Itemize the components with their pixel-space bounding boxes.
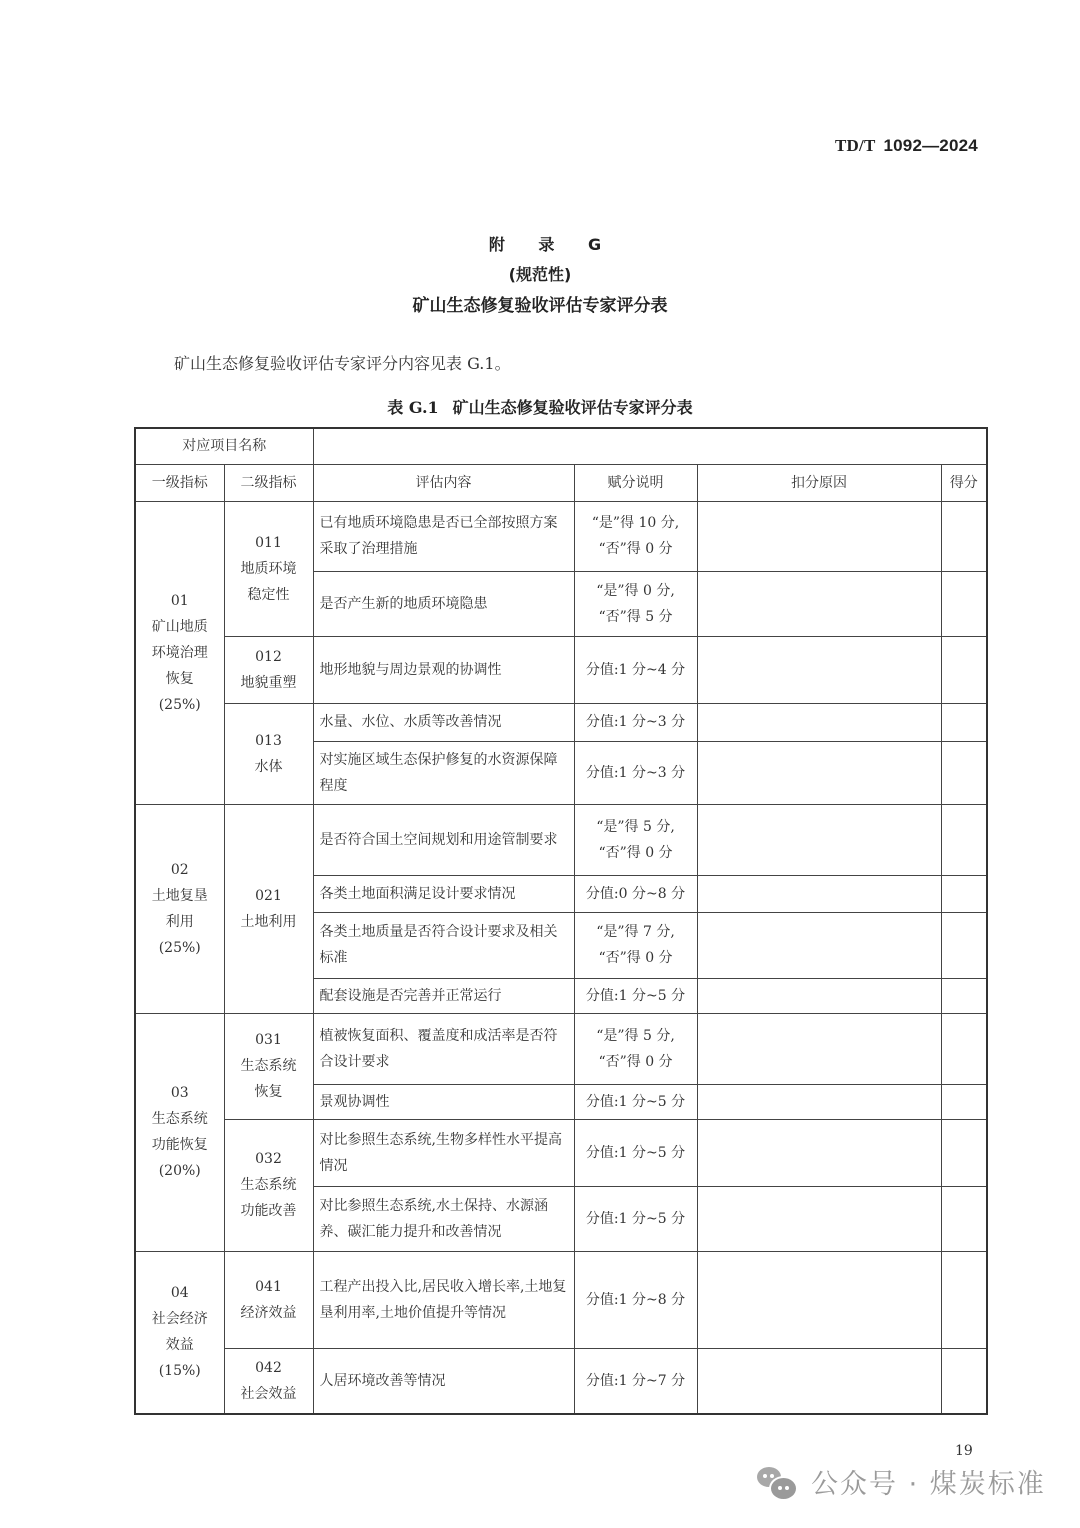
level1-name-line: 社会经济: [140, 1306, 220, 1332]
evaluation-content: 水量、水位、水质等改善情况: [313, 703, 574, 741]
level2-code: 013: [229, 728, 309, 754]
evaluation-content: 配套设施是否完善并正常运行: [313, 978, 574, 1013]
table-row: 02 土地复垦 利用 (25%) 021 土地利用 是否符合国土空间规划和用途管…: [135, 804, 987, 875]
evaluation-content: 工程产出投入比,居民收入增长率,土地复垦利用率,土地价值提升等情况: [313, 1251, 574, 1348]
score-cell[interactable]: [941, 1013, 987, 1084]
col-header-deduction: 扣分原因: [697, 464, 941, 501]
scoring-rule: 分值:1 分~8 分: [574, 1251, 697, 1348]
col-header-scoring: 赋分说明: [574, 464, 697, 501]
score-cell[interactable]: [941, 1119, 987, 1186]
score-cell[interactable]: [941, 571, 987, 636]
level1-code: 03: [140, 1080, 220, 1106]
level1-weight: (20%): [140, 1158, 220, 1184]
table-row: 013 水体 水量、水位、水质等改善情况 分值:1 分~3 分: [135, 703, 987, 741]
level2-name-line: 恢复: [229, 1079, 309, 1105]
project-name-field[interactable]: [313, 428, 987, 464]
evaluation-content: 对比参照生态系统,生物多样性水平提高情况: [313, 1119, 574, 1186]
standard-code: TD/T1092—2024: [835, 136, 978, 156]
scoring-rule: 分值:1 分~5 分: [574, 978, 697, 1013]
intro-paragraph: 矿山生态修复验收评估专家评分内容见表 G.1。: [174, 351, 511, 374]
evaluation-content: 地形地貌与周边景观的协调性: [313, 636, 574, 703]
deduction-reason-cell[interactable]: [697, 1119, 941, 1186]
level1-code: 02: [140, 857, 220, 883]
level1-name-line: 土地复垦: [140, 883, 220, 909]
evaluation-content: 对实施区域生态保护修复的水资源保障程度: [313, 741, 574, 804]
deduction-reason-cell[interactable]: [697, 912, 941, 978]
level2-code: 011: [229, 530, 309, 556]
score-cell[interactable]: [941, 1084, 987, 1119]
scoring-rule: 分值:1 分~4 分: [574, 636, 697, 703]
evaluation-content: 是否产生新的地质环境隐患: [313, 571, 574, 636]
score-cell[interactable]: [941, 978, 987, 1013]
level2-name-line: 土地利用: [229, 909, 309, 935]
level1-name-line: 矿山地质: [140, 614, 220, 640]
project-name-label: 对应项目名称: [135, 428, 313, 464]
col-header-level1: 一级指标: [135, 464, 224, 501]
level1-name-line: 环境治理: [140, 640, 220, 666]
level2-indicator: 012 地貌重塑: [224, 636, 313, 703]
scoring-rule: “是”得 7 分,“否”得 0 分: [574, 912, 697, 978]
evaluation-content: 各类土地质量是否符合设计要求及相关标准: [313, 912, 574, 978]
table-row: 032 生态系统 功能改善 对比参照生态系统,生物多样性水平提高情况 分值:1 …: [135, 1119, 987, 1186]
score-cell[interactable]: [941, 703, 987, 741]
deduction-reason-cell[interactable]: [697, 1348, 941, 1414]
level2-code: 012: [229, 644, 309, 670]
scoring-rule: 分值:1 分~5 分: [574, 1084, 697, 1119]
scoring-rule: 分值:1 分~7 分: [574, 1348, 697, 1414]
level2-name-line: 功能改善: [229, 1198, 309, 1224]
score-cell[interactable]: [941, 1251, 987, 1348]
level2-indicator: 042 社会效益: [224, 1348, 313, 1414]
level2-indicator: 021 土地利用: [224, 804, 313, 1013]
table-title: 矿山生态修复验收评估专家评分表: [453, 398, 693, 417]
level1-code: 01: [140, 588, 220, 614]
level1-indicator: 01 矿山地质 环境治理 恢复 (25%): [135, 501, 224, 804]
level2-indicator: 041 经济效益: [224, 1251, 313, 1348]
level1-name-line: 利用: [140, 909, 220, 935]
col-header-level2: 二级指标: [224, 464, 313, 501]
table-row: 012 地貌重塑 地形地貌与周边景观的协调性 分值:1 分~4 分: [135, 636, 987, 703]
level2-name-line: 地质环境: [229, 556, 309, 582]
level2-indicator: 011 地质环境 稳定性: [224, 501, 313, 636]
evaluation-content: 对比参照生态系统,水土保持、水源涵养、碳汇能力提升和改善情况: [313, 1186, 574, 1251]
scoring-rule: “是”得 10 分,“否”得 0 分: [574, 501, 697, 571]
evaluation-content: 人居环境改善等情况: [313, 1348, 574, 1414]
level2-code: 032: [229, 1146, 309, 1172]
level1-weight: (15%): [140, 1358, 220, 1384]
level1-name-line: 恢复: [140, 666, 220, 692]
deduction-reason-cell[interactable]: [697, 501, 941, 571]
level2-name-line: 水体: [229, 754, 309, 780]
deduction-reason-cell[interactable]: [697, 1251, 941, 1348]
deduction-reason-cell[interactable]: [697, 741, 941, 804]
level2-name-line: 地貌重塑: [229, 670, 309, 696]
level2-code: 021: [229, 883, 309, 909]
table-row: 03 生态系统 功能恢复 (20%) 031 生态系统 恢复 植被恢复面积、覆盖…: [135, 1013, 987, 1084]
level2-name-line: 经济效益: [229, 1300, 309, 1326]
scoring-rule: 分值:1 分~3 分: [574, 703, 697, 741]
watermark: 公众号 · 煤炭标准: [757, 1462, 1046, 1501]
level2-name-line: 稳定性: [229, 582, 309, 608]
appendix-nature: (规范性): [0, 262, 1080, 285]
level1-code: 04: [140, 1280, 220, 1306]
level2-name-line: 生态系统: [229, 1172, 309, 1198]
level1-weight: (25%): [140, 692, 220, 718]
deduction-reason-cell[interactable]: [697, 1186, 941, 1251]
scoring-rule: “是”得 0 分,“否”得 5 分: [574, 571, 697, 636]
level2-indicator: 031 生态系统 恢复: [224, 1013, 313, 1119]
level1-name-line: 效益: [140, 1332, 220, 1358]
scoring-rule: “是”得 5 分,“否”得 0 分: [574, 804, 697, 875]
level1-indicator: 03 生态系统 功能恢复 (20%): [135, 1013, 224, 1251]
table-caption: 表 G.1矿山生态修复验收评估专家评分表: [0, 395, 1080, 418]
deduction-reason-cell[interactable]: [697, 1013, 941, 1084]
level2-code: 042: [229, 1355, 309, 1381]
score-cell[interactable]: [941, 912, 987, 978]
level2-name-line: 生态系统: [229, 1053, 309, 1079]
level1-weight: (25%): [140, 935, 220, 961]
score-cell[interactable]: [941, 741, 987, 804]
evaluation-content: 是否符合国土空间规划和用途管制要求: [313, 804, 574, 875]
watermark-text: 公众号 · 煤炭标准: [811, 1462, 1046, 1501]
deduction-reason-cell[interactable]: [697, 703, 941, 741]
evaluation-content: 各类土地面积满足设计要求情况: [313, 875, 574, 912]
column-header-row: 一级指标 二级指标 评估内容 赋分说明 扣分原因 得分: [135, 464, 987, 501]
evaluation-content: 已有地质环境隐患是否已全部按照方案采取了治理措施: [313, 501, 574, 571]
level2-code: 041: [229, 1274, 309, 1300]
col-header-content: 评估内容: [313, 464, 574, 501]
page-number: 19: [955, 1443, 973, 1459]
deduction-reason-cell[interactable]: [697, 875, 941, 912]
level2-indicator: 013 水体: [224, 703, 313, 804]
standard-number: 1092—2024: [883, 136, 977, 155]
score-cell[interactable]: [941, 636, 987, 703]
deduction-reason-cell[interactable]: [697, 978, 941, 1013]
level1-name-line: 功能恢复: [140, 1132, 220, 1158]
table-row: 04 社会经济 效益 (15%) 041 经济效益 工程产出投入比,居民收入增长…: [135, 1251, 987, 1348]
score-cell[interactable]: [941, 1348, 987, 1414]
scoring-rule: 分值:1 分~5 分: [574, 1119, 697, 1186]
level1-name-line: 生态系统: [140, 1106, 220, 1132]
appendix-title: 矿山生态修复验收评估专家评分表: [0, 291, 1080, 316]
standard-prefix: TD/T: [835, 136, 875, 155]
col-header-score: 得分: [941, 464, 987, 501]
deduction-reason-cell[interactable]: [697, 1084, 941, 1119]
score-cell[interactable]: [941, 1186, 987, 1251]
table-row: 042 社会效益 人居环境改善等情况 分值:1 分~7 分: [135, 1348, 987, 1414]
wechat-icon: [757, 1465, 797, 1499]
score-cell[interactable]: [941, 875, 987, 912]
scoring-rule: 分值:0 分~8 分: [574, 875, 697, 912]
deduction-reason-cell[interactable]: [697, 804, 941, 875]
table-number: 表 G.1: [387, 398, 438, 417]
scoring-rule: “是”得 5 分,“否”得 0 分: [574, 1013, 697, 1084]
deduction-reason-cell[interactable]: [697, 571, 941, 636]
project-name-row: 对应项目名称: [135, 428, 987, 464]
scoring-rule: 分值:1 分~5 分: [574, 1186, 697, 1251]
deduction-reason-cell[interactable]: [697, 636, 941, 703]
level2-name-line: 社会效益: [229, 1381, 309, 1407]
evaluation-content: 景观协调性: [313, 1084, 574, 1119]
score-cell[interactable]: [941, 804, 987, 875]
scoring-rule: 分值:1 分~3 分: [574, 741, 697, 804]
evaluation-content: 植被恢复面积、覆盖度和成活率是否符合设计要求: [313, 1013, 574, 1084]
level2-code: 031: [229, 1027, 309, 1053]
level2-indicator: 032 生态系统 功能改善: [224, 1119, 313, 1251]
level1-indicator: 02 土地复垦 利用 (25%): [135, 804, 224, 1013]
scoring-table: 对应项目名称 一级指标 二级指标 评估内容 赋分说明 扣分原因 得分 01 矿山…: [134, 427, 988, 1415]
level1-indicator: 04 社会经济 效益 (15%): [135, 1251, 224, 1414]
appendix-label: 附 录 G: [0, 232, 1080, 255]
table-row: 01 矿山地质 环境治理 恢复 (25%) 011 地质环境 稳定性 已有地质环…: [135, 501, 987, 571]
score-cell[interactable]: [941, 501, 987, 571]
